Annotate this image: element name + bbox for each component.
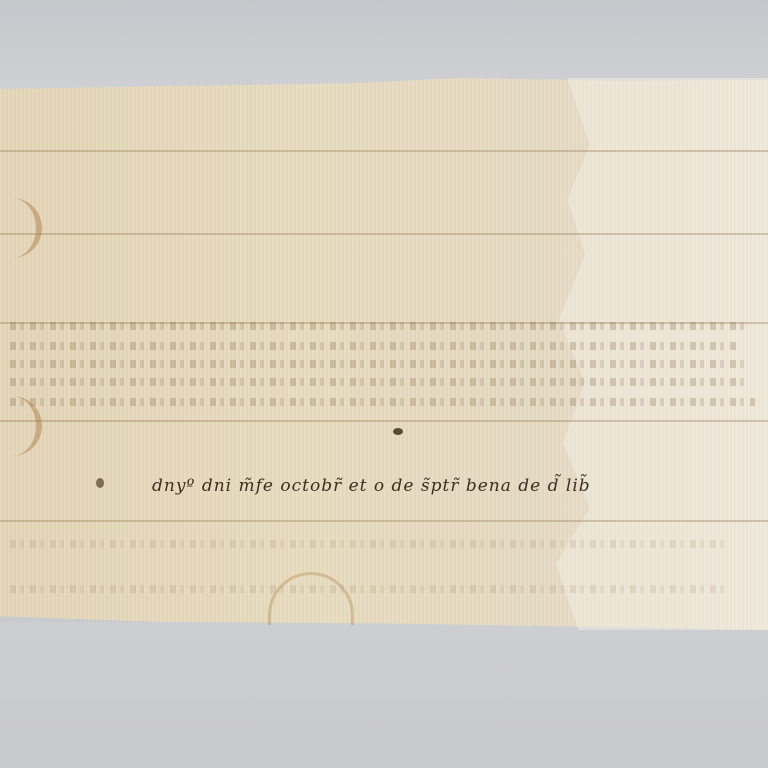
bleed-through-line	[10, 585, 730, 593]
bleed-through-line	[10, 360, 750, 368]
bleed-through-line	[10, 322, 750, 330]
ink-blot	[393, 428, 403, 435]
backdrop-top	[0, 0, 768, 90]
fold-line	[0, 150, 768, 152]
bleed-through-line	[10, 540, 730, 548]
backdrop-bottom	[0, 622, 768, 768]
bleed-through-line	[10, 342, 740, 350]
ink-spot	[96, 478, 104, 488]
fold-line	[0, 520, 768, 522]
fold-line	[0, 233, 768, 235]
bleed-through-line	[10, 398, 755, 406]
bleed-through-line	[10, 378, 745, 386]
fold-line	[0, 420, 768, 422]
handwritten-line: dnyº dni m̃fe octobr̃ et o de s̃ptr̃ ben…	[152, 476, 591, 496]
